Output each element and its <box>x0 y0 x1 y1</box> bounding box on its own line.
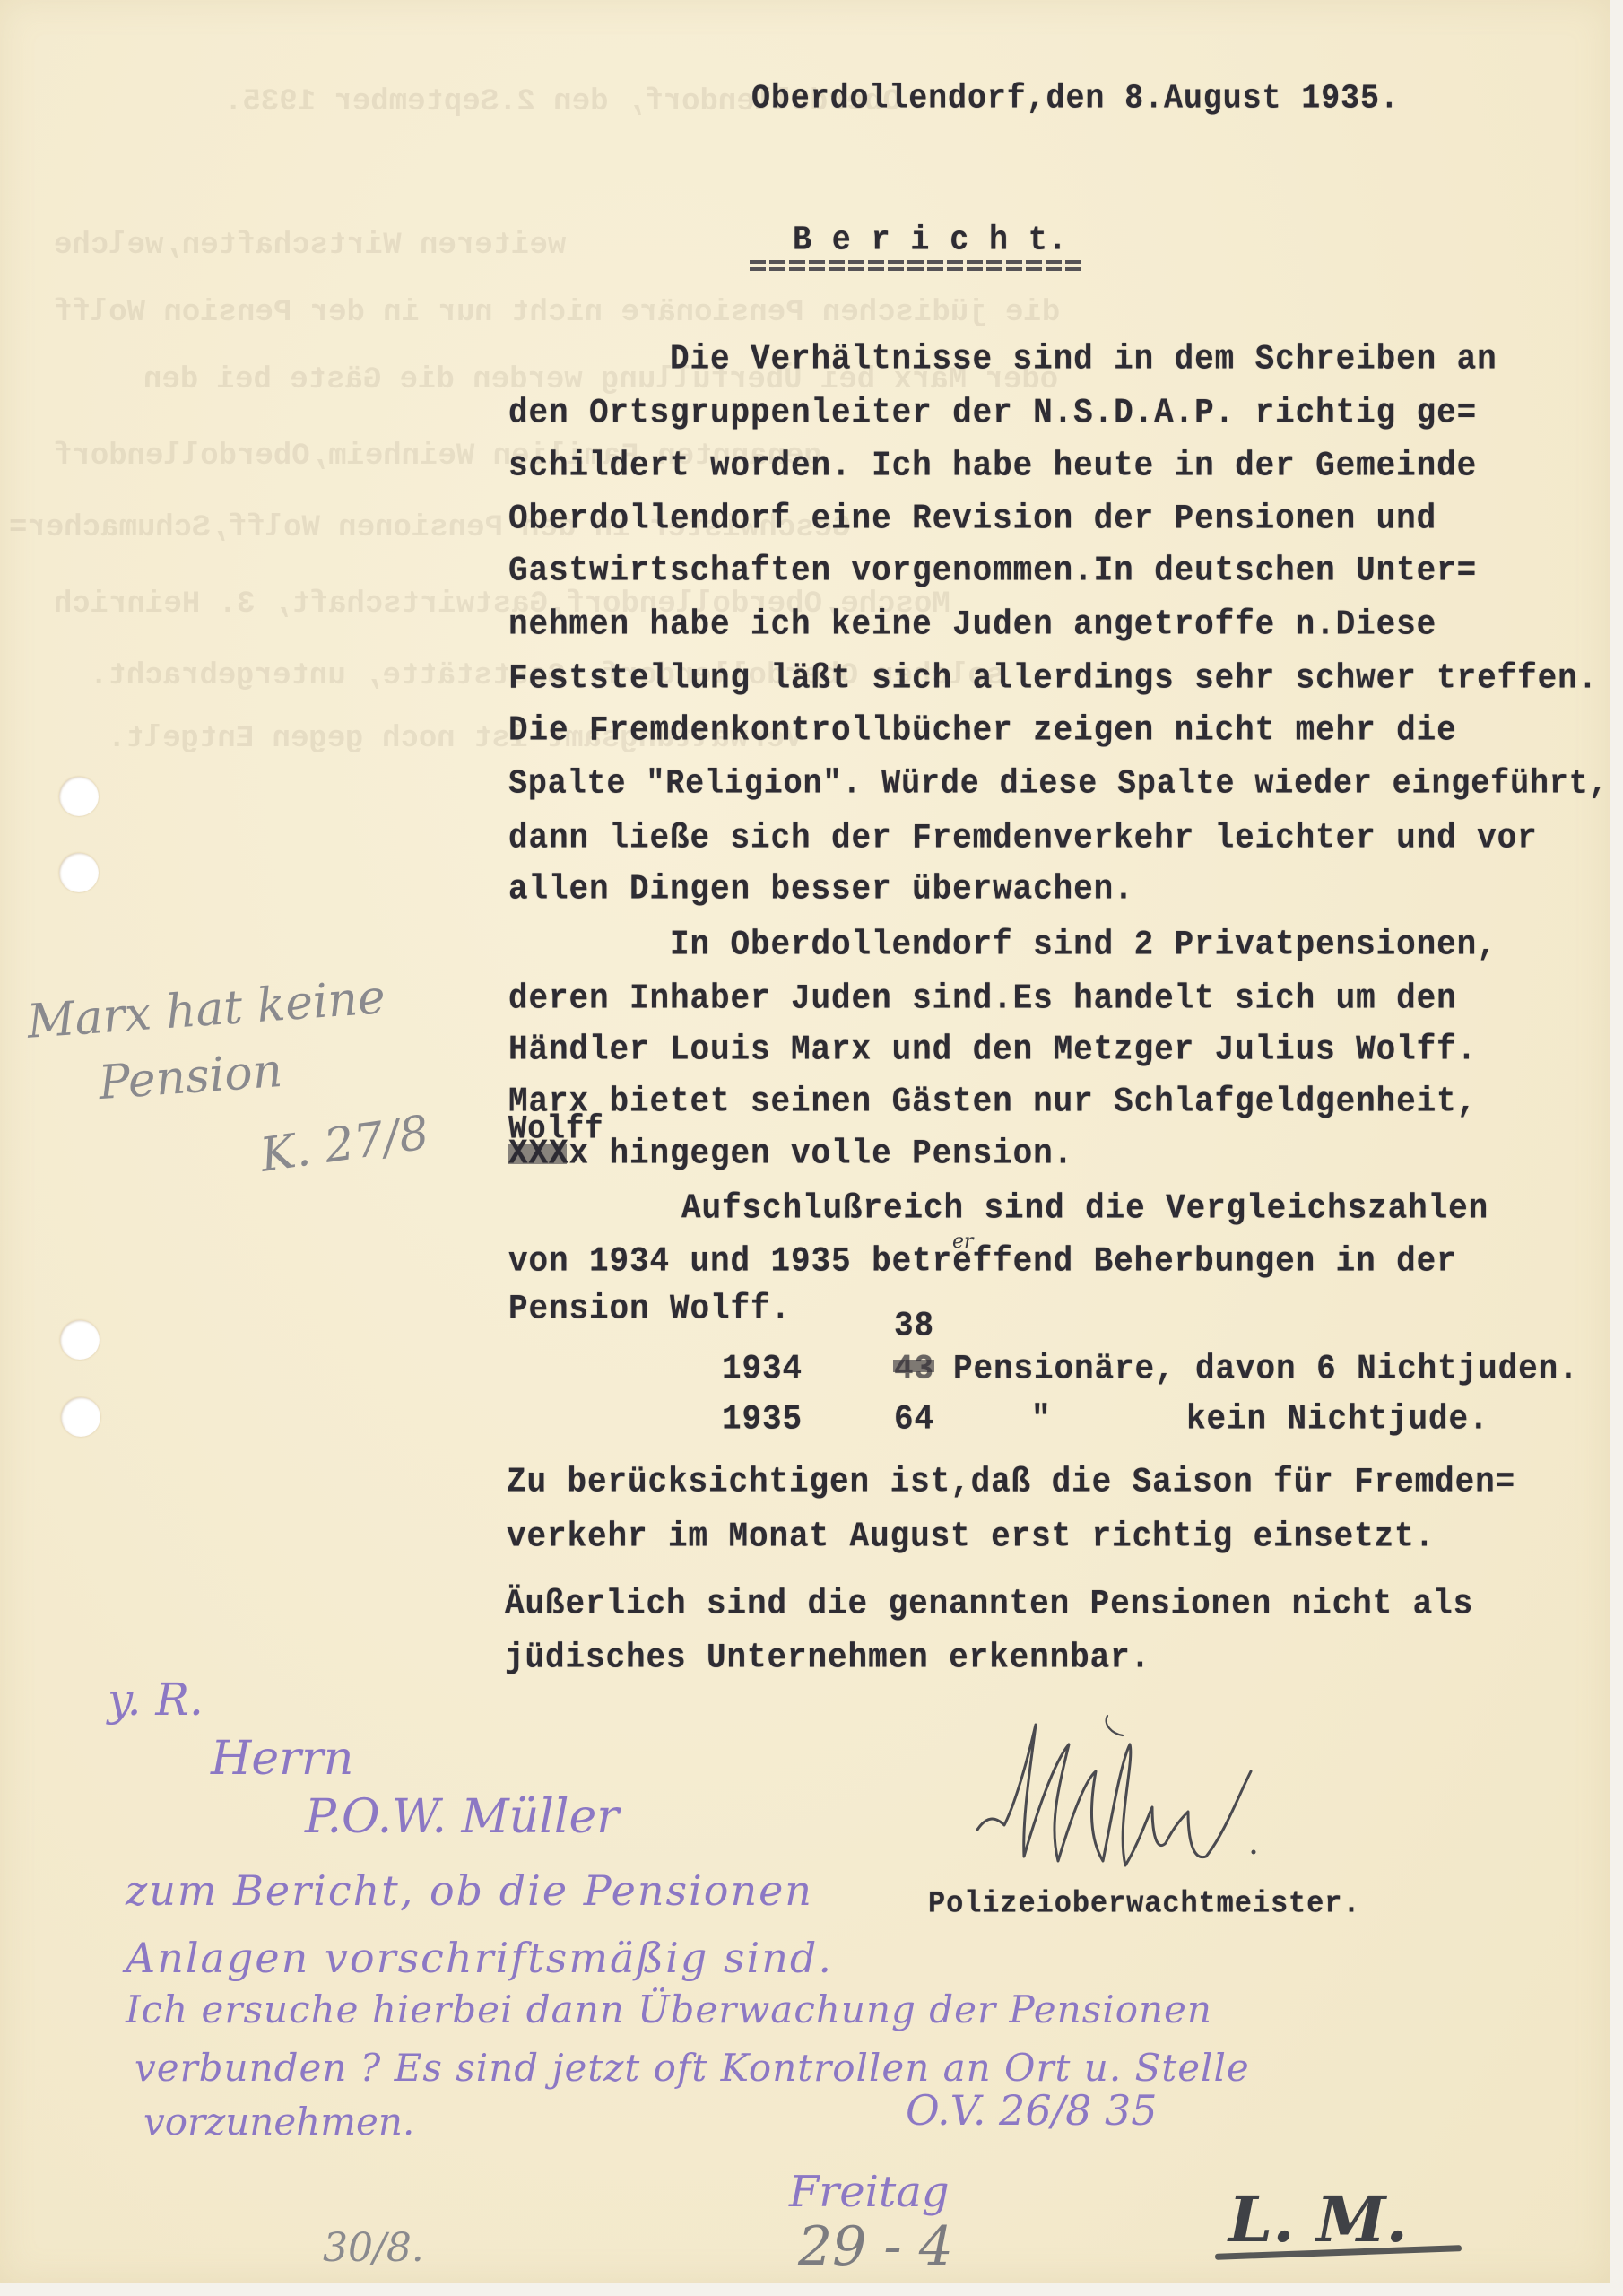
violet-scribble: Freitag <box>789 2170 950 2213</box>
place-date-line: Oberdollendorf,den 8.August 1935. <box>751 82 1400 116</box>
body-line: allen Dingen besser überwachen. <box>508 872 1134 907</box>
margin-note-line: Pension <box>97 1048 283 1107</box>
handwritten-insertion: er <box>952 1231 974 1253</box>
violet-note-line: verbunden ? Es sind jetzt oft Kontrollen… <box>135 2049 1250 2087</box>
signature-rank: Polizeioberwachtmeister. <box>928 1888 1360 1919</box>
violet-note-line: vorzunehmen. <box>143 2103 414 2141</box>
paper-sheet: weiteren Wirtschaften,welche die jüdisch… <box>0 0 1610 2283</box>
stats-count: 64 <box>894 1402 934 1437</box>
bottom-initials: L. M. <box>1228 2188 1408 2251</box>
title-underline <box>750 260 1083 264</box>
document-title: B e r i c h t. <box>793 223 1068 257</box>
margin-note-initials: K. 27/8 <box>257 1109 431 1179</box>
stats-ditto: " <box>1031 1402 1052 1437</box>
stats-year: 1934 <box>722 1352 803 1387</box>
body-line: verkehr im Monat August erst richtig ein… <box>507 1519 1435 1554</box>
struck-out-text <box>508 1144 567 1164</box>
bottom-left-date: 30/8. <box>323 2229 424 2268</box>
margin-note-line: Marx hat keine <box>26 974 387 1046</box>
body-line: nehmen habe ich keine Juden angetroffe n… <box>508 607 1436 642</box>
violet-note-line: Herrn <box>211 1735 353 1782</box>
punch-hole <box>60 1320 100 1360</box>
violet-note-line: Ich ersuche hierbei dann Überwachung der… <box>126 1991 1212 2029</box>
punch-hole <box>61 1397 100 1437</box>
body-line: den Ortsgruppenleiter der N.S.D.A.P. ric… <box>508 396 1477 430</box>
body-line: von 1934 und 1935 betreffend Beherbungen… <box>508 1244 1457 1279</box>
body-line: Händler Louis Marx und den Metzger Juliu… <box>508 1032 1477 1067</box>
body-line: Äußerlich sind die genannten Pensionen n… <box>505 1587 1473 1622</box>
body-line: dann ließe sich der Fremdenverkehr leich… <box>508 821 1538 856</box>
body-line: Aufschlußreich sind die Vergleichszahlen <box>681 1191 1488 1226</box>
body-line: schildert worden. Ich habe heute in der … <box>508 448 1477 483</box>
body-line: Oberdollendorf eine Revision der Pension… <box>508 501 1436 536</box>
body-line: Pension Wolff. <box>508 1291 791 1326</box>
stats-year: 1935 <box>722 1402 803 1437</box>
bleed-through-text: die jüdischen Pensionäre nicht nur in de… <box>54 296 1060 330</box>
signature-mueller <box>968 1709 1345 1879</box>
struck-out-number <box>893 1360 934 1372</box>
violet-note-line: zum Bericht, ob die Pensionen <box>126 1870 813 1911</box>
file-number: 29 - 4 <box>798 2220 953 2274</box>
stats-label: Pensionäre, davon 6 Nichtjuden. <box>953 1352 1579 1387</box>
body-line: jüdisches Unternehmen erkennbar. <box>505 1640 1150 1675</box>
body-line: XXXx hingegen volle Pension. <box>508 1136 1073 1171</box>
body-line: Zu berücksichtigen ist,daß die Saison fü… <box>507 1465 1515 1500</box>
violet-date-note: O.V. 26/8 35 <box>906 2090 1158 2131</box>
stats-count-corrected: 38 <box>894 1309 934 1344</box>
body-line: In Oberdollendorf sind 2 Privatpensionen… <box>670 927 1497 962</box>
punch-hole <box>59 777 99 816</box>
body-line: deren Inhaber Juden sind.Es handelt sich… <box>508 981 1457 1016</box>
bleed-through-text: weiteren Wirtschaften,welche <box>54 229 566 263</box>
body-line: Marx bietet seinen Gästen nur Schlafgeld… <box>508 1084 1477 1119</box>
violet-note-line: y. R. <box>108 1677 204 1722</box>
stats-note: kein Nichtjude. <box>1186 1402 1489 1437</box>
body-line: Die Fremdenkontrollbücher zeigen nicht m… <box>508 713 1457 748</box>
title-underline <box>750 267 1083 271</box>
body-line: Feststellung läßt sich allerdings sehr s… <box>508 661 1598 696</box>
body-line: Gastwirtschaften vorgenommen.In deutsche… <box>508 553 1477 588</box>
punch-hole <box>59 853 99 892</box>
violet-note-line: Anlagen vorschriftsmäßig sind. <box>126 1937 833 1979</box>
violet-note-line: P.O.W. Müller <box>305 1794 619 1840</box>
body-line: Spalte "Religion". Würde diese Spalte wi… <box>508 767 1609 801</box>
body-line: Die Verhältnisse sind in dem Schreiben a… <box>670 342 1497 377</box>
